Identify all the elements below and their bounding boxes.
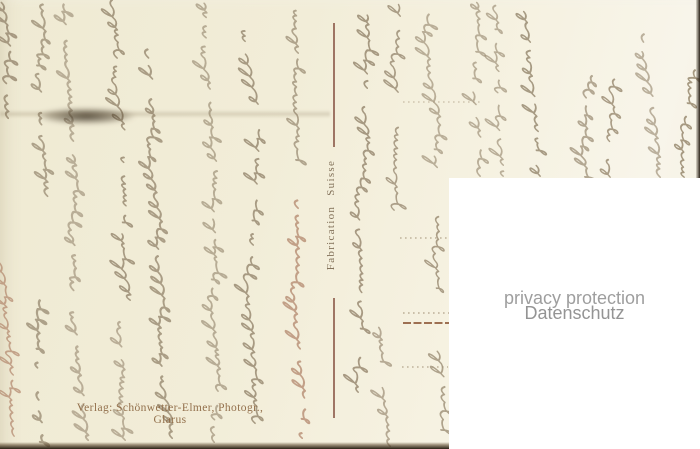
publisher-line1: Verlag: Schönwetter-Elmer, Photogr.,	[60, 402, 280, 414]
handwriting-stroke	[516, 9, 546, 178]
card-crease	[0, 110, 330, 118]
handwriting-stroke	[29, 0, 54, 198]
handwriting-stroke	[634, 31, 662, 177]
handwriting-stroke	[600, 75, 621, 181]
handwriting-stroke	[285, 0, 309, 165]
privacy-overlay: privacy protection Datenschutz	[449, 178, 700, 449]
handwriting-stroke	[570, 58, 596, 182]
handwriting-stroke	[54, 2, 88, 441]
fabrication-suisse-label: Fabrication Suisse	[325, 160, 337, 270]
handwriting-stroke	[414, 0, 447, 170]
handwriting-stroke	[384, 0, 406, 94]
handwriting-stroke	[0, 148, 21, 438]
handwriting-stroke	[369, 325, 394, 447]
handwriting-stroke	[344, 10, 380, 396]
handwriting-stroke	[192, 0, 228, 446]
privacy-overlay-line2: Datenschutz	[524, 306, 624, 321]
handwriting-stroke	[461, 0, 489, 179]
handwriting-stroke	[425, 212, 445, 292]
postcard: Fabrication Suisse Verlag: Schönwetter-E…	[0, 0, 700, 449]
handwriting-stroke	[27, 296, 52, 447]
handwriting-stroke	[233, 28, 266, 425]
handwriting-stroke	[484, 2, 508, 177]
publisher-imprint: Verlag: Schönwetter-Elmer, Photogr., Gla…	[60, 402, 280, 426]
handwriting-stroke	[385, 124, 408, 215]
publisher-line2: Glarus	[60, 414, 280, 426]
handwriting-stroke	[102, 0, 135, 301]
handwriting-stroke	[281, 196, 313, 440]
